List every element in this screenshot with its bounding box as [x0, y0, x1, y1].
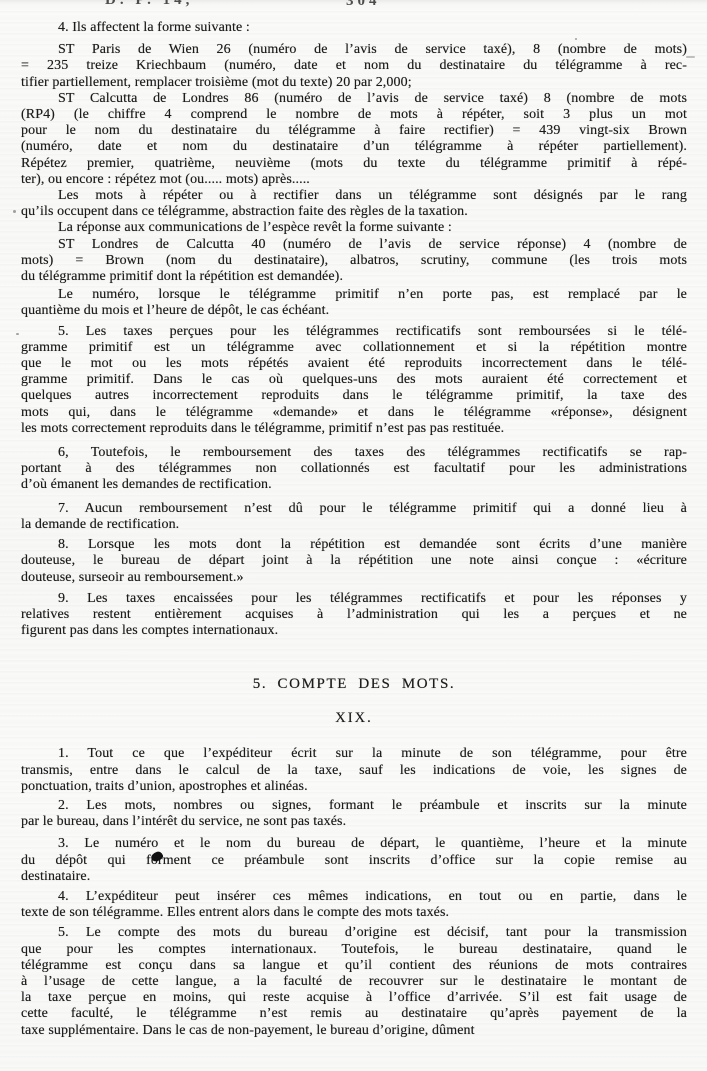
- text-line: d’où émanent les demandes de rectificati…: [21, 477, 687, 493]
- text-line: Répétez premier, quatrième, neuvième (mo…: [21, 156, 687, 172]
- text-line: transmis, entre dans le calcul de la tax…: [21, 763, 687, 779]
- text-line: (RP4) (le chiffre 4 comprend le nombre d…: [21, 107, 687, 123]
- paragraph: La réponse aux communications de l’espèc…: [21, 220, 687, 236]
- text-line: douteuse, le bureau de départ joint à la…: [21, 553, 687, 569]
- paragraph: ST Paris de Wien 26 (numéro de l’avis de…: [21, 42, 687, 91]
- text-line: ponctuation, traits d’union, apostrophes…: [21, 779, 687, 795]
- text-line: que pour les comptes internationaux. Tou…: [21, 942, 687, 958]
- paragraph: ST Londres de Calcutta 40 (numéro de l’a…: [21, 237, 687, 286]
- text-line: tifier partiellement, remplacer troisièm…: [21, 75, 687, 91]
- text-line: la taxe perçue en moins, qui reste acqui…: [21, 990, 687, 1006]
- text-line: 1. Tout ce que l’expéditeur écrit sur la…: [21, 746, 687, 762]
- scan-speck: [575, 38, 577, 40]
- text-line: destinataire.: [21, 869, 687, 885]
- scanned-document-page: D. P. 14, 15. 304 4. Ils affectent la fo…: [0, 0, 707, 1071]
- paragraph: 2. Les mots, nombres ou signes, formant …: [21, 798, 687, 830]
- scan-speck: [16, 333, 19, 335]
- text-line: gramme primitif est un télégramme avec c…: [21, 340, 687, 356]
- paragraph: 6, Toutefois, le remboursement des taxes…: [21, 445, 687, 494]
- cutoff-header-fragment-left: D. P. 14, 15.: [105, 0, 215, 9]
- text-line: quantième du mois et l’heure de dépôt, l…: [21, 303, 687, 319]
- text-line: du télégramme primitif dont la répétitio…: [21, 269, 687, 285]
- text-line: douteuse, surseoir au remboursement.»: [21, 570, 687, 586]
- text-line: mots qui, dans le télégramme «demande» e…: [21, 405, 687, 421]
- text-line: télégramme est conçu dans sa langue et q…: [21, 958, 687, 974]
- text-line: texte de son télégramme. Elles entrent a…: [21, 905, 687, 921]
- text-line: 4. L’expéditeur peut insérer ces mêmes i…: [21, 889, 687, 905]
- text-line: 5. Les taxes perçues pour les télégramme…: [21, 324, 687, 340]
- text-line: mots) = Brown (nom du destinataire), alb…: [21, 253, 687, 269]
- text-line: taxe supplémentaire. Dans le cas de non-…: [21, 1023, 687, 1039]
- text-line: 7. Aucun remboursement n’est dû pour le …: [21, 501, 687, 517]
- paragraph: 4. Ils affectent la forme suivante :: [21, 20, 687, 36]
- text-line: cette faculté, le télégramme n’est remis…: [21, 1006, 687, 1022]
- text-line: ST Calcutta de Londres 86 (numéro de l’a…: [21, 91, 687, 107]
- text-line: du dépôt qui forment ce préambule sont i…: [21, 853, 687, 869]
- text-line: 8. Lorsque les mots dont la répétition e…: [21, 537, 687, 553]
- text-line: la demande de rectification.: [21, 517, 687, 533]
- text-line: 9. Les taxes encaissées pour les télégra…: [21, 591, 687, 607]
- document-text-flow: 4. Ils affectent la forme suivante :ST P…: [21, 20, 687, 1039]
- text-line: relatives restent entièrement acquises à…: [21, 607, 687, 623]
- text-line: ST Paris de Wien 26 (numéro de l’avis de…: [21, 42, 687, 58]
- text-line: 3. Le numéro et le nom du bureau de dépa…: [21, 836, 687, 852]
- text-line: = 235 treize Kriechbaum (numéro, date et…: [21, 58, 687, 74]
- paragraph: 3. Le numéro et le nom du bureau de dépa…: [21, 836, 687, 885]
- text-line: qu’ils occupent dans ce télégramme, abst…: [21, 204, 687, 220]
- text-line: que le mot ou les mots répétés avaient é…: [21, 356, 687, 372]
- text-line: (numéro, date et nom du destinataire d’u…: [21, 139, 687, 155]
- text-line: Les mots à répéter ou à rectifier dans u…: [21, 188, 687, 204]
- cutoff-header-text-right: 304: [346, 0, 381, 9]
- text-line: par le bureau, dans l’intérêt du service…: [21, 814, 687, 830]
- paragraph: Le numéro, lorsque le télégramme primiti…: [21, 287, 687, 319]
- text-line: 2. Les mots, nombres ou signes, formant …: [21, 798, 687, 814]
- paragraph: 1. Tout ce que l’expéditeur écrit sur la…: [21, 746, 687, 795]
- text-line: 5. Le compte des mots du bureau d’origin…: [21, 925, 687, 941]
- paragraph: 5. Le compte des mots du bureau d’origin…: [21, 925, 687, 1038]
- text-line: La réponse aux communications de l’espèc…: [21, 220, 687, 236]
- paragraph: 9. Les taxes encaissées pour les télégra…: [21, 591, 687, 640]
- text-line: 6, Toutefois, le remboursement des taxes…: [21, 445, 687, 461]
- text-line: quelques autres incorrectement reproduit…: [21, 388, 687, 404]
- paragraph: ST Calcutta de Londres 86 (numéro de l’a…: [21, 91, 687, 188]
- paragraph: 5. Les taxes perçues pour les télégramme…: [21, 324, 687, 437]
- section-number: XIX.: [21, 710, 687, 727]
- text-line: figurent pas dans les comptes internatio…: [21, 623, 687, 639]
- text-line: Le numéro, lorsque le télégramme primiti…: [21, 287, 687, 303]
- text-line: ter), ou encore : répétez mot (ou..... m…: [21, 172, 687, 188]
- cutoff-header-text-left: D. P. 14, 15.: [105, 0, 215, 9]
- text-line: pour le nom du destinataire du télégramm…: [21, 123, 687, 139]
- text-line: gramme primitif. Dans le cas où quelques…: [21, 372, 687, 388]
- paragraph: Les mots à répéter ou à rectifier dans u…: [21, 188, 687, 220]
- text-line: 4. Ils affectent la forme suivante :: [21, 20, 687, 36]
- paragraph: 4. L’expéditeur peut insérer ces mêmes i…: [21, 889, 687, 921]
- scan-speck: [13, 210, 16, 213]
- cutoff-header-fragment-right: 304: [346, 0, 406, 9]
- text-line: portant à des télégrammes non collationn…: [21, 461, 687, 477]
- section-heading: 5. COMPTE DES MOTS.: [21, 675, 687, 693]
- paragraph: 7. Aucun remboursement n’est dû pour le …: [21, 501, 687, 533]
- text-line: les mots correctement reproduits dans le…: [21, 421, 687, 437]
- scan-speck: [686, 56, 695, 58]
- text-line: à l’usage de cette langue, a la faculté …: [21, 974, 687, 990]
- paragraph: 8. Lorsque les mots dont la répétition e…: [21, 537, 687, 586]
- text-line: ST Londres de Calcutta 40 (numéro de l’a…: [21, 237, 687, 253]
